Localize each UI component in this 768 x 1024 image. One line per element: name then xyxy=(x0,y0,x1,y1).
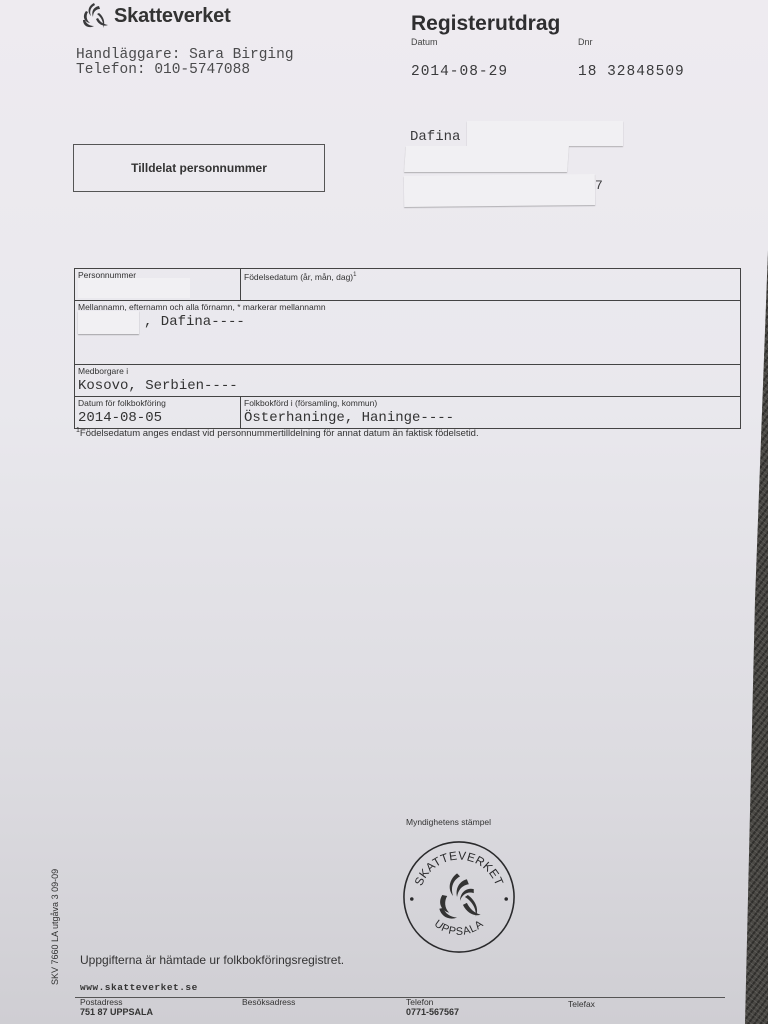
source-note: Uppgifterna är hämtade ur folkbokförings… xyxy=(80,953,344,967)
redaction-strip xyxy=(78,278,190,298)
names-value: , Dafina---- xyxy=(78,312,737,330)
stamp-bottom-text: UPPSALA xyxy=(432,918,486,938)
redaction-strip xyxy=(467,121,623,146)
handler-phone: Telefon: 010-5747088 xyxy=(76,63,294,78)
dnr-label: Dnr xyxy=(578,37,593,47)
svg-text:UPPSALA: UPPSALA xyxy=(432,918,486,938)
footer-postadress: Postadress 751 87 UPPSALA xyxy=(80,997,153,1017)
form-row-ids: Personnummer Födelsedatum (år, mån, dag)… xyxy=(75,269,740,301)
datum-label: Datum xyxy=(411,37,438,47)
medborgare-value: Kosovo, Serbien---- xyxy=(78,376,737,394)
telefon-label: Telefon xyxy=(406,997,459,1007)
folkbokforing-date-cell: Datum för folkbokföring 2014-08-05 xyxy=(75,397,241,428)
postadress-value: 751 87 UPPSALA xyxy=(80,1007,153,1017)
skatteverket-swirl-logo-icon xyxy=(78,0,112,32)
brand-name: Skatteverket xyxy=(114,5,231,28)
medborgare-label: Medborgare i xyxy=(78,365,737,376)
stamp-label: Myndighetens stämpel xyxy=(406,817,491,827)
recipient-first-name: Dafina xyxy=(410,129,460,145)
redaction-strip xyxy=(404,146,569,172)
footer-besoksadress: Besöksadress xyxy=(242,997,295,1007)
folkbokford-cell: Folkbokförd i (församling, kommun) Öster… xyxy=(241,397,740,428)
assigned-personnummer-box: Tilldelat personnummer xyxy=(73,144,325,192)
form-row-registration: Datum för folkbokföring 2014-08-05 Folkb… xyxy=(75,397,740,428)
postadress-label: Postadress xyxy=(80,997,153,1007)
form-code: SKV 7660 LA utgåva 3 09-09 xyxy=(50,869,60,985)
redaction-strip xyxy=(78,311,139,334)
skatteverket-stamp-icon: SKATTEVERKET UPPSALA xyxy=(400,838,518,956)
footer-divider xyxy=(75,997,725,998)
registry-form: Personnummer Födelsedatum (år, mån, dag)… xyxy=(74,268,741,429)
folkbokforing-date-value: 2014-08-05 xyxy=(78,408,237,426)
brand-logo: Skatteverket xyxy=(78,0,231,32)
telefon-value: 0771-567567 xyxy=(406,1007,459,1017)
form-row-names: Mellannamn, efternamn och alla förnamn, … xyxy=(75,301,740,365)
medborgare-cell: Medborgare i Kosovo, Serbien---- xyxy=(75,365,740,396)
handler-info: Handläggare: Sara Birging Telefon: 010-5… xyxy=(76,48,294,78)
assigned-personnummer-label: Tilldelat personnummer xyxy=(131,161,267,175)
telefax-label: Telefax xyxy=(568,999,595,1009)
fodelsedatum-cell: Födelsedatum (år, mån, dag)1 xyxy=(241,269,740,300)
redaction-strip xyxy=(404,174,595,207)
personnummer-cell: Personnummer xyxy=(75,269,241,300)
footer-telefon: Telefon 0771-567567 xyxy=(406,997,459,1017)
folkbokforing-date-label: Datum för folkbokföring xyxy=(78,397,237,408)
handler-name: Handläggare: Sara Birging xyxy=(76,48,294,63)
besoksadress-label: Besöksadress xyxy=(242,997,295,1007)
recipient-address-tail: 7 xyxy=(595,178,603,193)
form-row-citizenship: Medborgare i Kosovo, Serbien---- xyxy=(75,365,740,397)
svg-text:SKATTEVERKET: SKATTEVERKET xyxy=(411,848,506,887)
names-label: Mellannamn, efternamn och alla förnamn, … xyxy=(78,301,737,312)
folkbokford-label: Folkbokförd i (församling, kommun) xyxy=(244,397,737,408)
footer-telefax: Telefax xyxy=(568,999,595,1009)
dnr-value: 18 32848509 xyxy=(578,64,685,80)
datum-value: 2014-08-29 xyxy=(411,64,508,80)
folkbokford-value: Österhaninge, Haninge---- xyxy=(244,408,737,426)
fodelsedatum-label: Födelsedatum (år, mån, dag)1 xyxy=(244,269,737,282)
document-title: Registerutdrag xyxy=(411,12,560,36)
website-link[interactable]: www.skatteverket.se xyxy=(80,982,198,993)
stamp-top-text: SKATTEVERKET xyxy=(411,848,506,887)
names-cell: Mellannamn, efternamn och alla förnamn, … xyxy=(75,301,740,364)
birthdate-footnote: 1Födelsedatum anges endast vid personnum… xyxy=(76,427,479,439)
